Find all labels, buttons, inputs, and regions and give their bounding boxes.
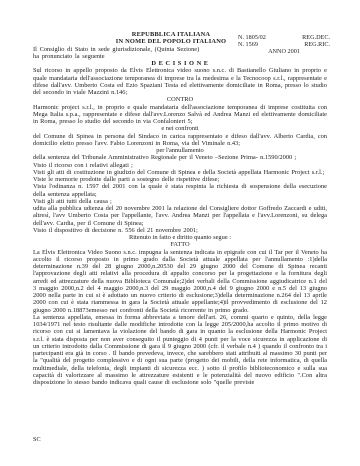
header-title-republic: REPUBBLICA ITALIANA — [33, 31, 309, 38]
document-header: REPUBBLICA ITALIANA IN NOME DEL POPOLO I… — [33, 31, 309, 46]
header-title-people: IN NOME DEL POPOLO ITALIANO — [33, 38, 309, 45]
decision-body: D E C I S I O N ESul ricorso in appello … — [33, 60, 327, 386]
section-heading: per l'annullamento — [33, 147, 327, 154]
document-page: N. 1805/02 REG.DEC. N. 1569 REG.RIC. ANN… — [0, 0, 360, 466]
paragraph: Vista l'odinanza n. 1597 del 2001 con la… — [33, 183, 327, 198]
paragraph: Harmonic project s.r.l., in proprio e qu… — [33, 104, 327, 126]
paragraph: Visto il ricorso con i relativi allegati… — [33, 162, 327, 169]
section-heading: Ritenuto in fatto e diritto quanto segue… — [33, 234, 327, 241]
paragraph: Visti gli atti tutti della causa ; — [33, 198, 327, 205]
paragraph: La sentenza appellata, emessa in forma a… — [33, 314, 327, 387]
paragraph: udita alla pubblica udienza del 20 novem… — [33, 205, 327, 227]
page-footer-initials: SC — [33, 436, 41, 443]
paragraph: Viste le memorie prodotte dalle parti a … — [33, 176, 327, 183]
section-heading: FATTO — [33, 241, 327, 248]
paragraph: La Elvis Elettronica Video Suono s.n.c. … — [33, 249, 327, 314]
court-line: Il Consiglio di Stato in sede giurisdizi… — [33, 46, 327, 53]
paragraph: Visti gli atti di costituzione in giudiz… — [33, 169, 327, 176]
section-heading: e nei confronti — [33, 125, 327, 132]
section-heading: CONTRO — [33, 96, 327, 103]
paragraph: Visto il dispositivo di decisione n. 556… — [33, 227, 327, 234]
paragraph: della sentenza del Tribunale Amministrat… — [33, 154, 327, 161]
paragraph: del Comune di Spinea in persona del Sind… — [33, 133, 327, 148]
pronounce-line: ha pronunciato la seguente — [33, 53, 327, 60]
document-content: REPUBBLICA ITALIANA IN NOME DEL POPOLO I… — [33, 31, 327, 386]
paragraph: Sul ricorso in appello proposto da Elvis… — [33, 67, 327, 96]
section-heading: D E C I S I O N E — [33, 60, 327, 67]
